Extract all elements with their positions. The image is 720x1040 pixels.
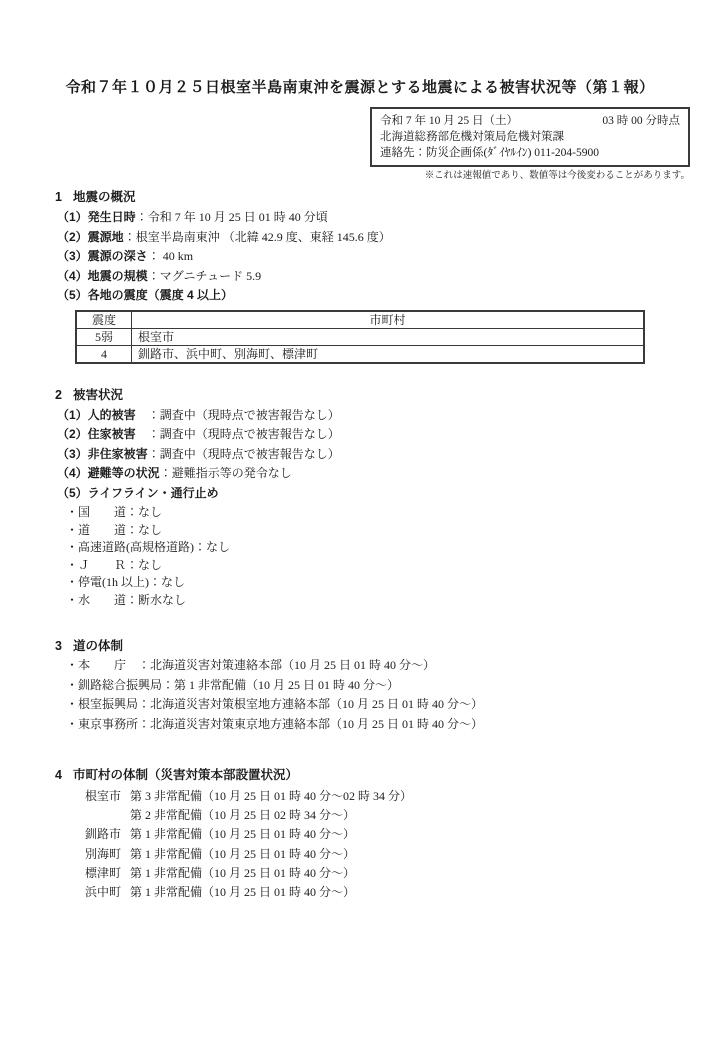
bullet-kushiro-bureau: ・釧路総合振興局：第 1 非常配備（10 月 25 日 01 時 40 分～） <box>66 676 720 696</box>
municipality-list: 根室市 <box>132 328 645 345</box>
section2-number: 2 <box>55 387 73 404</box>
report-date: 令和 7 年 10 月 25 日（土） <box>380 113 518 129</box>
bullet-jr: ・Ｊ Ｒ：なし <box>66 557 720 575</box>
item-depth: （3）震源の深さ： 40 km <box>57 247 720 267</box>
section-damage-status: 2被害状況 （1）人的被害 ：調査中（現時点で被害報告なし） （2）住家被害 ：… <box>0 387 720 610</box>
muni-row-nemuro-1: 根室市第 3 非常配備（10 月 25 日 01 時 40 分～02 時 34 … <box>85 787 720 806</box>
table-row: 4 釧路市、浜中町、別海町、標津町 <box>76 345 644 363</box>
item-human-damage: （1）人的被害 ：調査中（現時点で被害報告なし） <box>57 406 720 426</box>
item-epicenter: （2）震源地：根室半島南東沖 （北緯 42.9 度、東経 145.6 度） <box>57 228 720 248</box>
document-title: 令和７年１０月２５日根室半島南東沖を震源とする地震による被害状況等（第１報） <box>0 76 720 97</box>
item-magnitude: （4）地震の規模：マグニチュード 5.9 <box>57 267 720 287</box>
bullet-national-road: ・国 道：なし <box>66 504 720 522</box>
section2-heading: 2被害状況 <box>55 387 720 404</box>
header-intensity: 震度 <box>76 311 132 329</box>
section2-title: 被害状況 <box>73 388 123 402</box>
muni-row-hamanaka: 浜中町第 1 非常配備（10 月 25 日 01 時 40 分～） <box>85 883 720 902</box>
bullet-main-office: ・本 庁 ：北海道災害対策連絡本部（10 月 25 日 01 時 40 分～） <box>66 656 720 676</box>
preliminary-note: ※これは速報値であり、数値等は今後変わることがあります。 <box>0 170 690 182</box>
item-evacuation-status: （4）避難等の状況：避難指示等の発令なし <box>57 464 720 484</box>
bullet-power-outage: ・停電(1h 以上)：なし <box>66 574 720 592</box>
section1-heading: 1地震の概況 <box>55 189 720 206</box>
section1-title: 地震の概況 <box>73 190 136 204</box>
bullet-prefectural-road: ・道 道：なし <box>66 522 720 540</box>
municipality-list: 釧路市、浜中町、別海町、標津町 <box>132 345 645 363</box>
table-row: 5弱 根室市 <box>76 328 644 345</box>
bullet-expressway: ・高速道路(高規格道路)：なし <box>66 539 720 557</box>
section3-title: 道の体制 <box>73 639 123 653</box>
section4-title: 市町村の体制（災害対策本部設置状況） <box>73 768 298 782</box>
section4-heading: 4市町村の体制（災害対策本部設置状況） <box>55 767 720 784</box>
muni-row-kushiro: 釧路市第 1 非常配備（10 月 25 日 01 時 40 分～） <box>85 825 720 844</box>
section1-number: 1 <box>55 189 73 206</box>
section-municipal-structure: 4市町村の体制（災害対策本部設置状況） 根室市第 3 非常配備（10 月 25 … <box>0 767 720 902</box>
header-municipality: 市町村 <box>132 311 645 329</box>
bullet-nemuro-bureau: ・根室振興局：北海道災害対策根室地方連絡本部（10 月 25 日 01 時 40… <box>66 695 720 715</box>
section4-number: 4 <box>55 767 73 784</box>
document-page: 令和７年１０月２５日根室半島南東沖を震源とする地震による被害状況等（第１報） 令… <box>0 0 720 1040</box>
contact-info: 連絡先：防災企画係(ﾀﾞｲﾔﾙｲﾝ) 011-204-5900 <box>380 145 680 161</box>
table-header-row: 震度 市町村 <box>76 311 644 329</box>
bullet-water-supply: ・水 道：断水なし <box>66 592 720 610</box>
section-prefecture-structure: 3道の体制 ・本 庁 ：北海道災害対策連絡本部（10 月 25 日 01 時 4… <box>0 638 720 734</box>
report-as-of-time: 03 時 00 分時点 <box>602 113 680 129</box>
item-intensity-list: （5）各地の震度（震度 4 以上） <box>57 286 720 306</box>
item-nonresidential-damage: （3）非住家被害：調査中（現時点で被害報告なし） <box>57 445 720 465</box>
section3-heading: 3道の体制 <box>55 638 720 655</box>
muni-row-nemuro-2: 第 2 非常配備（10 月 25 日 02 時 34 分～） <box>85 806 720 825</box>
intensity-value: 5弱 <box>76 328 132 345</box>
seismic-intensity-table: 震度 市町村 5弱 根室市 4 釧路市、浜中町、別海町、標津町 <box>75 310 645 364</box>
item-occurrence-time: （1）発生日時：令和 7 年 10 月 25 日 01 時 40 分頃 <box>57 208 720 228</box>
muni-row-shibetsu: 標津町第 1 非常配備（10 月 25 日 01 時 40 分～） <box>85 864 720 883</box>
section-earthquake-overview: 1地震の概況 （1）発生日時：令和 7 年 10 月 25 日 01 時 40 … <box>0 189 720 364</box>
issuing-department: 北海道総務部危機対策局危機対策課 <box>380 129 680 145</box>
header-info-box: 令和 7 年 10 月 25 日（土） 03 時 00 分時点 北海道総務部危機… <box>370 107 690 167</box>
section3-number: 3 <box>55 638 73 655</box>
bullet-tokyo-office: ・東京事務所：北海道災害対策東京地方連絡本部（10 月 25 日 01 時 40… <box>66 715 720 735</box>
intensity-value: 4 <box>76 345 132 363</box>
muni-row-betsukai: 別海町第 1 非常配備（10 月 25 日 01 時 40 分～） <box>85 845 720 864</box>
report-datetime-line: 令和 7 年 10 月 25 日（土） 03 時 00 分時点 <box>380 113 680 129</box>
item-residential-damage: （2）住家被害 ：調査中（現時点で被害報告なし） <box>57 425 720 445</box>
item-lifeline-closures: （5）ライフライン・通行止め <box>57 484 720 504</box>
